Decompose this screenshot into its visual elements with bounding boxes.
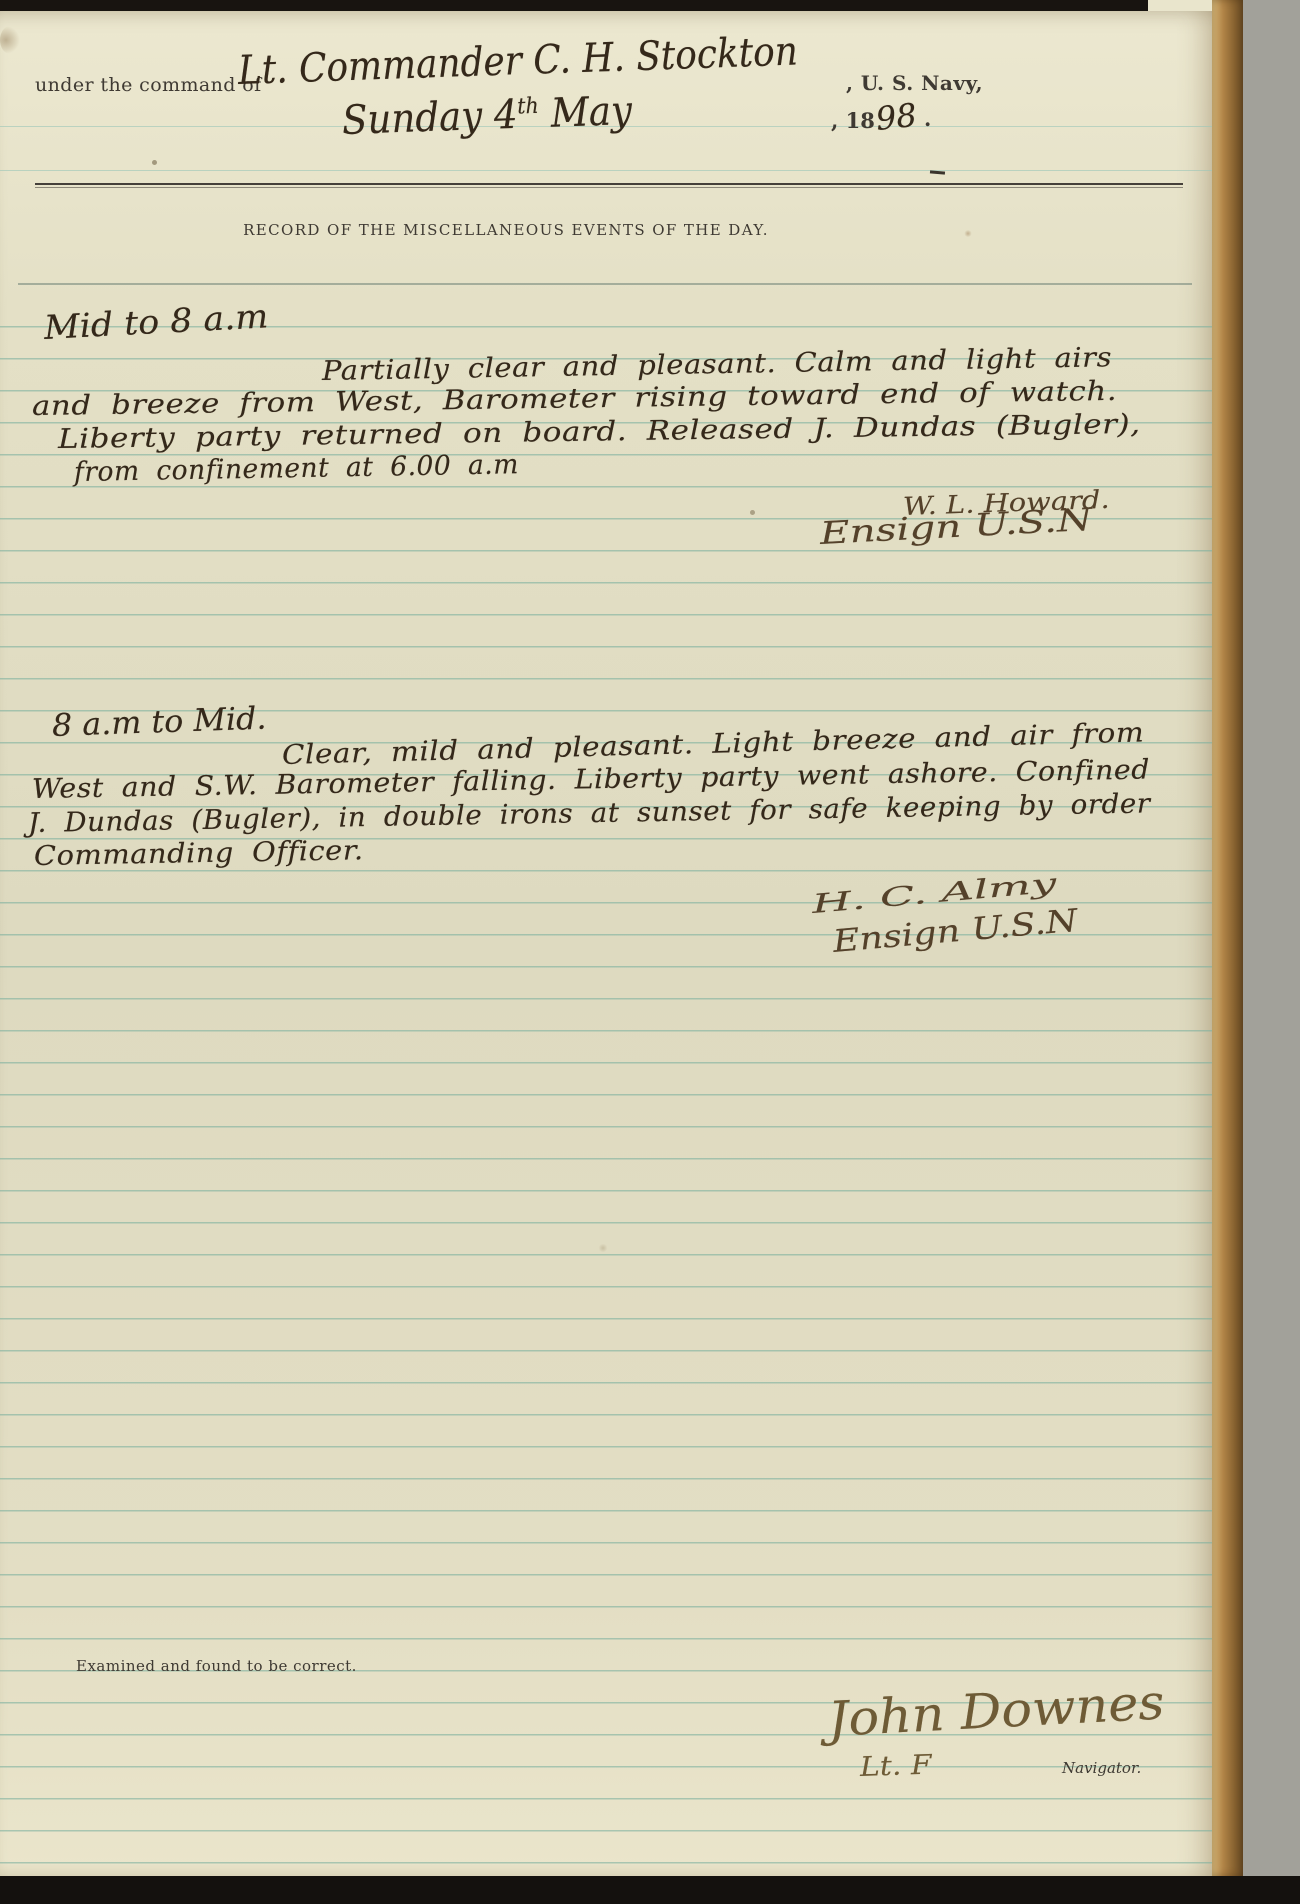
entry-watch-label: 8 a.m to Mid.	[51, 701, 267, 744]
navy-label: , U. S. Navy,	[846, 71, 983, 95]
scan-border-top	[0, 0, 1148, 11]
date-superscript: th	[517, 94, 539, 120]
year-handwritten: 98	[874, 96, 918, 138]
logbook-scan: under the command of Lt. Commander C. H.…	[0, 0, 1300, 1904]
year-label: , 18	[831, 108, 875, 133]
section-title: RECORD OF THE MISCELLANEOUS EVENTS OF TH…	[6, 221, 1006, 239]
section-rule	[18, 283, 1192, 285]
book-page-edge	[1212, 0, 1243, 1876]
page-corner	[1148, 0, 1212, 11]
ruled-lines	[0, 326, 1212, 1882]
command-label: under the command of	[35, 74, 262, 96]
examined-label: Examined and found to be correct.	[76, 1657, 357, 1675]
header-rule-echo	[35, 187, 1183, 188]
ruled-line	[0, 170, 1212, 171]
entry-line: Commanding Officer.	[34, 835, 364, 872]
year-period: .	[924, 106, 931, 131]
date-suffix: May	[538, 88, 633, 137]
header-rule	[35, 183, 1183, 185]
logbook-page	[0, 10, 1212, 1876]
navigator-label: Navigator.	[1062, 1759, 1141, 1777]
scan-border-bottom	[0, 1876, 1300, 1904]
date-prefix: Sunday 4	[341, 92, 518, 144]
navigator-rank-handwritten: Lt. F	[859, 1750, 932, 1783]
